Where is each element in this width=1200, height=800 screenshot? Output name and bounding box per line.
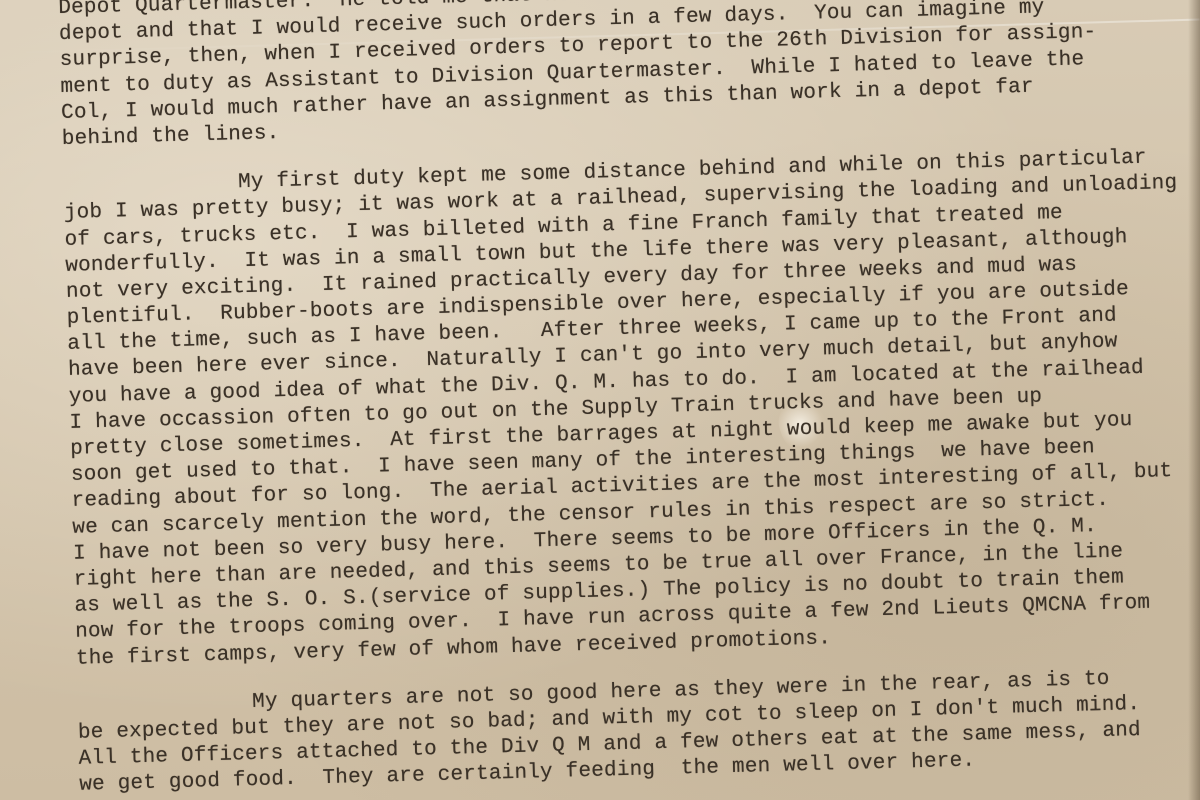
letter-body: Depot Quartermaster. He told me that he …	[58, 0, 1200, 799]
paragraph: My first duty kept me some distance behi…	[63, 143, 1200, 672]
letter-page: Depot Quartermaster. He told me that he …	[0, 0, 1200, 800]
